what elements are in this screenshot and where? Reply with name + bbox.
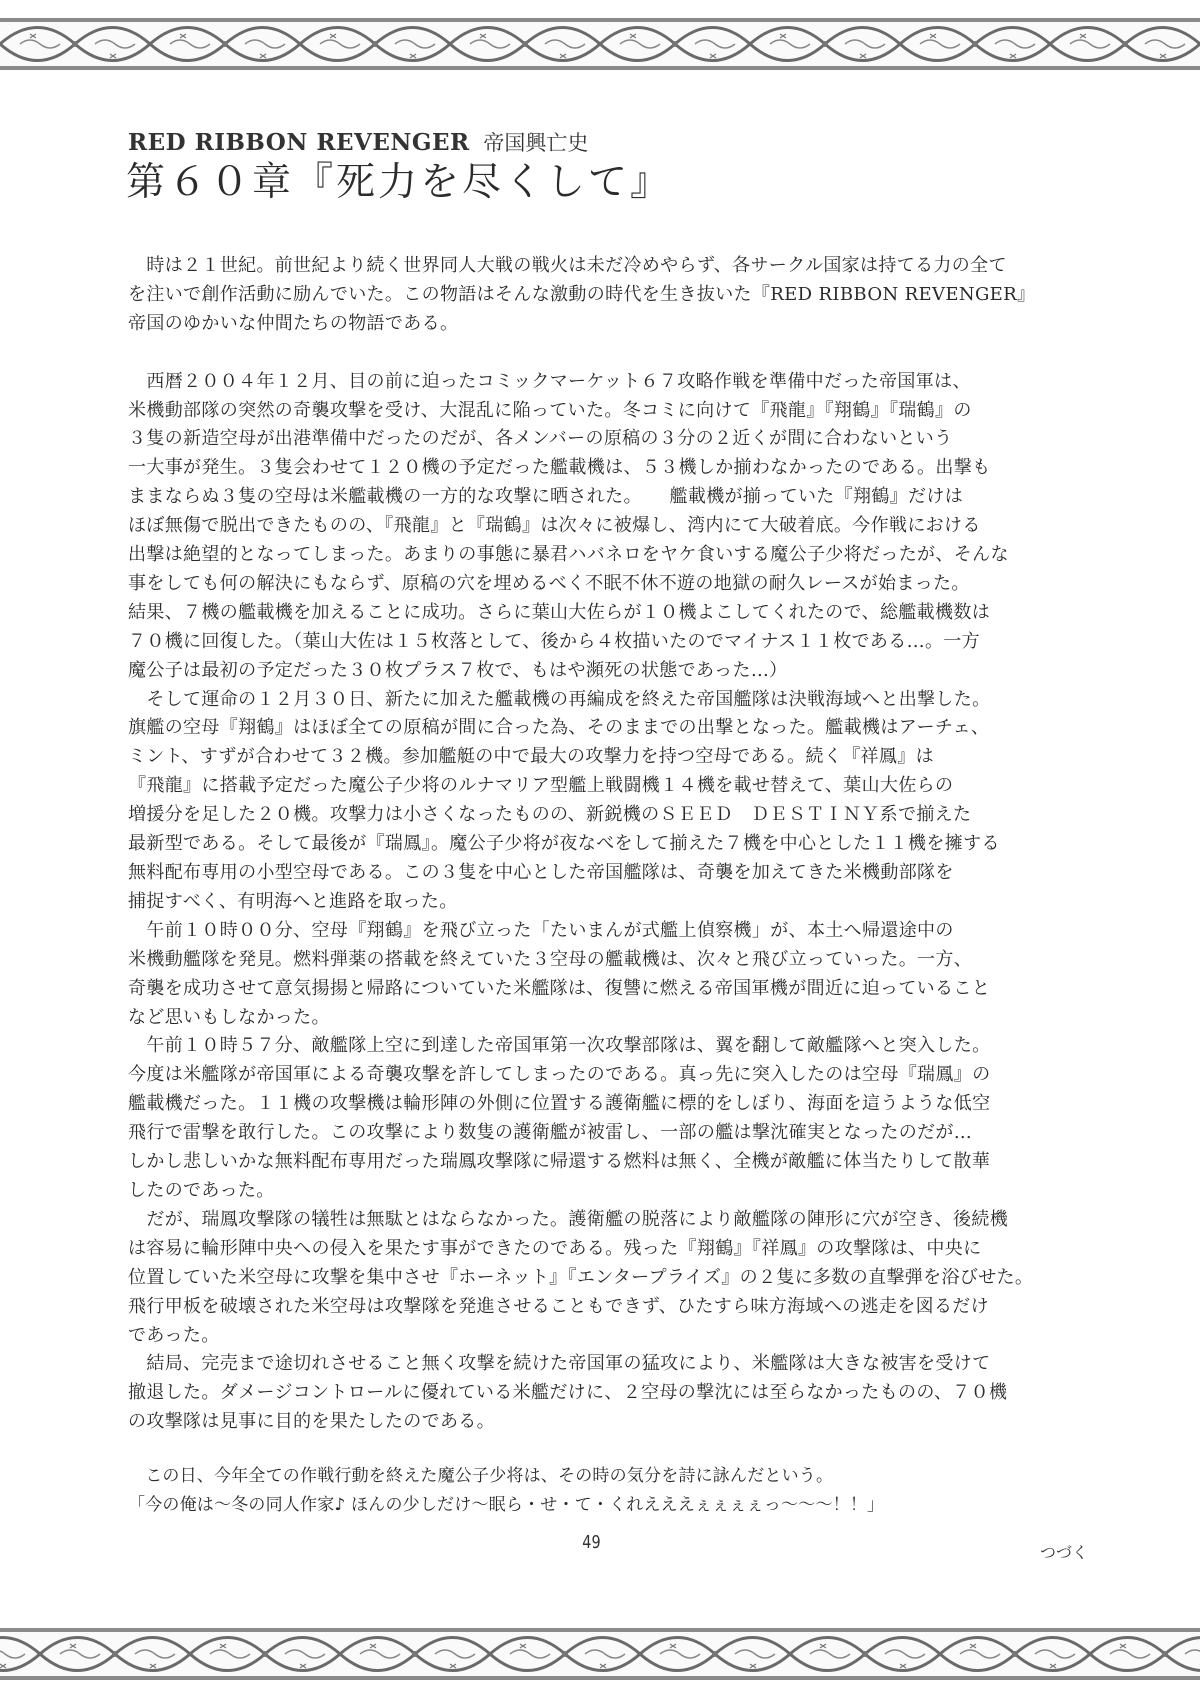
text-line: しかし悲しいかな無料配布専用だった瑞鳳攻撃隊に帰還する燃料は無く、全機が敵艦に体… [128,1148,1088,1177]
text-line: 撤退した。ダメージコントロールに優れている米艦だけに、２空母の撃沈には至らなかっ… [128,1379,1088,1408]
text-line: を注いで創作活動に励んでいた。この物語はそんな激動の時代を生き抜いた『RED R… [128,281,1088,310]
text-line: 事をしても何の解決にもならず、原稿の穴を埋めるべく不眠不休不遊の地獄の耐久レース… [128,570,1088,599]
text-line: 位置していた米空母に攻撃を集中させ『ホーネット』『エンタープライズ』の２隻に多数… [128,1264,1088,1293]
intro-paragraph: 時は２１世紀。前世紀より続く世界同人大戦の戦火は未だ冷めやらず、各サークル国家は… [128,252,1088,339]
text-line: したのであった。 [128,1177,1088,1206]
text-line: 無料配布専用の小型空母である。この３隻を中心とした帝国艦隊は、奇襲を加えてきた米… [128,859,1088,888]
text-line: 午前１０時５７分、敵艦隊上空に到達した帝国軍第一次攻撃部隊は、翼を翻して敵艦隊へ… [128,1032,1088,1061]
text-line: そして運命の１２月３０日、新たに加えた艦載機の再編成を終えた帝国艦隊は決戦海域へ… [128,686,1088,715]
continued-label: つづく [1040,1540,1088,1563]
text-line: は容易に輪形陣中央への侵入を果たす事ができたのである。残った『翔鶴』『祥鳳』の攻… [128,1235,1088,1264]
bottom-ornamental-border [0,1628,1200,1680]
text-line: 奇襲を成功させて意気揚揚と帰路についていた米艦隊は、復讐に燃える帝国軍機が間近に… [128,975,1088,1004]
text-line: ほぼ無傷で脱出できたものの、『飛龍』と『瑞鶴』は次々に被爆し、湾内にて大破着底。… [128,512,1088,541]
text-line: 艦載機だった。１１機の攻撃機は輪形陣の外側に位置する護衛艦に標的をしぼり、海面を… [128,1090,1088,1119]
text-line: 最新型である。そして最後が『瑞鳳』。魔公子少将が夜なべをして揃えた７機を中心とし… [128,830,1088,859]
text-line: 飛行で雷撃を敢行した。この攻撃により数隻の護衛艦が被雷し、一部の艦は撃沈確実とな… [128,1119,1088,1148]
text-line: 時は２１世紀。前世紀より続く世界同人大戦の戦火は未だ冷めやらず、各サークル国家は… [128,252,1088,281]
text-line: の攻撃隊は見事に目的を果たしたのである。 [128,1408,1088,1437]
text-line: 帝国のゆかいな仲間たちの物語である。 [128,310,1088,339]
text-line: 魔公子は最初の予定だった３０枚プラス７枚で、もはや瀕死の状態であった…） [128,657,1088,686]
closing-verse: この日、今年全ての作戦行動を終えた魔公子少将は、その時の気分を詩に詠んだという。… [128,1462,1088,1520]
main-paragraphs: 西暦２００４年１２月、目の前に迫ったコミックマーケット６７攻略作戦を準備中だった… [128,368,1088,1438]
text-line: だが、瑞鳳攻撃隊の犠牲は無駄とはならなかった。護衛艦の脱落により敵艦隊の陣形に穴… [128,1206,1088,1235]
scroll-ornament-icon [0,1632,1200,1676]
series-heading: RED RIBBON REVENGER 帝国興亡史 [128,127,588,158]
text-line: ３隻の新造空母が出港準備中だったのだが、各メンバーの原稿の３分の２近くが間に合わ… [128,425,1088,454]
text-line: 『飛龍』に搭載予定だった魔公子少将のルナマリア型艦上戦闘機１４機を載せ替えて、葉… [128,772,1088,801]
text-line: 米機動艦隊を発見。燃料弾薬の搭載を終えていた３空母の艦載機は、次々と飛び立ってい… [128,946,1088,975]
text-line: ミント、すずが合わせて３２機。参加艦艇の中で最大の攻撃力を持つ空母である。続く『… [128,743,1088,772]
text-line: 増援分を足した２０機。攻撃力は小さくなったものの、新鋭機のＳＥＥＤ ＤＥＳＴＩＮ… [128,801,1088,830]
text-line: であった。 [128,1322,1088,1351]
closing-quote: 「今の俺は～冬の同人作家♪ ほんの少しだけ～眠ら・せ・て・くれえええぇぇぇぇっ～… [128,1491,1088,1520]
text-line: ７０機に回復した。（葉山大佐は１５枚落として、後から４枚描いたのでマイナス１１枚… [128,628,1088,657]
text-line: など思いもしなかった。 [128,1004,1088,1033]
text-line: 西暦２００４年１２月、目の前に迫ったコミックマーケット６７攻略作戦を準備中だった… [128,368,1088,397]
text-line: 出撃は絶望的となってしまった。あまりの事態に暴君ハバネロをヤケ食いする魔公子少将… [128,541,1088,570]
top-ornamental-border [0,18,1200,70]
text-line: 結局、完売まで途切れさせること無く攻撃を続けた帝国軍の猛攻により、米艦隊は大きな… [128,1350,1088,1379]
text-line: 米機動部隊の突然の奇襲攻撃を受け、大混乱に陥っていた。冬コミに向けて『飛龍』『翔… [128,397,1088,426]
story-body: 時は２１世紀。前世紀より続く世界同人大戦の戦火は未だ冷めやらず、各サークル国家は… [128,252,1088,1437]
text-line: 結果、７機の艦載機を加えることに成功。さらに葉山大佐らが１０機よこしてくれたので… [128,599,1088,628]
series-subtitle: 帝国興亡史 [483,131,588,155]
text-line: 午前１０時００分、空母『翔鶴』を飛び立った「たいまんが式艦上偵察機」が、本土へ帰… [128,917,1088,946]
page-number: 49 [582,1532,600,1553]
text-line: 今度は米艦隊が帝国軍による奇襲攻撃を許してしまったのである。真っ先に突入したのは… [128,1061,1088,1090]
text-line: ままならぬ３隻の空母は米艦載機の一方的な攻撃に晒された。 艦載機が揃っていた『翔… [128,483,1088,512]
closing-line: この日、今年全ての作戦行動を終えた魔公子少将は、その時の気分を詩に詠んだという。 [128,1462,1088,1491]
chapter-title: 第６０章『死力を尽くして』 [126,158,672,208]
text-line: 飛行甲板を破壊された米空母は攻撃隊を発進させることもできず、ひたすら味方海域への… [128,1293,1088,1322]
text-line: 旗艦の空母『翔鶴』はほぼ全ての原稿が間に合った為、そのままでの出撃となった。艦載… [128,714,1088,743]
scroll-ornament-icon [0,22,1200,66]
series-name: RED RIBBON REVENGER [128,129,470,156]
text-line: 捕捉すべく、有明海へと進路を取った。 [128,888,1088,917]
text-line: 一大事が発生。３隻会わせて１２０機の予定だった艦載機は、５３機しか揃わなかったの… [128,454,1088,483]
